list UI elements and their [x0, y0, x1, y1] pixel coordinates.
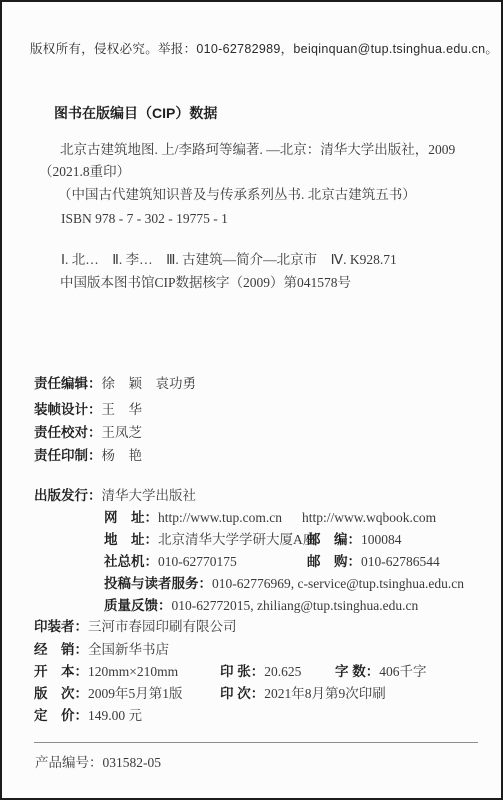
edition-label: 版 次：	[34, 686, 88, 701]
switchboard-value: 010-62770175	[158, 554, 237, 569]
website-url-2: http://www.wqbook.com	[302, 510, 436, 526]
format-row: 开 本：120mm×210mm 印 张：20.625 字 数：406千字	[34, 664, 484, 680]
feedback-label: 质量反馈：	[104, 598, 172, 613]
sheets-group: 印 张：20.625	[220, 664, 301, 680]
zip-value: 100084	[361, 532, 402, 547]
website-url-1: http://www.tup.com.cn	[158, 510, 282, 525]
distributor-label: 经 销：	[34, 642, 88, 657]
distributor-value: 全国新华书店	[88, 642, 169, 657]
sheets-value: 20.625	[264, 664, 301, 679]
format-value: 120mm×210mm	[88, 664, 178, 679]
publisher-address-row: 地 址：北京清华大学学研大厦A座 邮 编：100084	[104, 532, 484, 548]
words-label: 字 数：	[335, 664, 379, 679]
sheets-label: 印 张：	[220, 664, 264, 679]
zip-group: 邮 编：100084	[307, 532, 402, 548]
publisher-switchboard-row: 社总机：010-62770175 邮 购：010-62786544	[104, 554, 484, 570]
impression-label: 印 次：	[220, 686, 264, 701]
feedback-value: 010-62772015, zhiliang@tup.tsinghua.edu.…	[172, 598, 419, 613]
service-value: 010-62776969, c-service@tup.tsinghua.edu…	[212, 576, 464, 591]
staff-proofreader-value: 王凤芝	[102, 425, 143, 440]
service-label: 投稿与读者服务：	[104, 576, 212, 591]
staff-row-designer: 装帧设计：王 华	[34, 402, 142, 418]
footer-divider	[34, 742, 478, 743]
staff-print-supervisor-label: 责任印制：	[34, 448, 102, 463]
publisher-feedback-row: 质量反馈：010-62772015, zhiliang@tup.tsinghua…	[104, 598, 418, 614]
cip-reprint-line: （2021.8重印）	[39, 164, 130, 180]
product-code-value: 031582-05	[103, 755, 162, 770]
publisher-website-row: 网 址：http://www.tup.com.cn http://www.wqb…	[104, 510, 484, 526]
product-code-label: 产品编号：	[35, 755, 103, 770]
product-code-row: 产品编号：031582-05	[35, 755, 161, 771]
mail-order-value: 010-62786544	[361, 554, 440, 569]
cip-registry-number: 中国版本图书馆CIP数据核字（2009）第041578号	[60, 275, 351, 291]
mail-order-group: 邮 购：010-62786544	[307, 554, 440, 570]
staff-row-editor: 责任编辑：徐 颖 袁功勇	[34, 376, 196, 392]
price-row: 定 价：149.00 元	[34, 708, 142, 724]
publisher-row: 出版发行：清华大学出版社	[34, 488, 196, 504]
staff-row-print-supervisor: 责任印制：杨 艳	[34, 448, 142, 464]
cip-series-line: （中国古代建筑知识普及与传承系列丛书. 北京古建筑五书）	[58, 187, 416, 203]
address-label: 地 址：	[104, 532, 158, 547]
zip-label: 邮 编：	[307, 532, 361, 547]
cip-title-line: 北京古建筑地图. 上/李路珂等编著. —北京：清华大学出版社，2009	[60, 142, 455, 158]
publisher-service-row: 投稿与读者服务：010-62776969, c-service@tup.tsin…	[104, 576, 464, 592]
impression-group: 印 次：2021年8月第9次印刷	[220, 686, 386, 702]
printer-value: 三河市春园印刷有限公司	[88, 619, 237, 634]
printer-row: 印装者：三河市春园印刷有限公司	[34, 619, 237, 635]
staff-designer-value: 王 华	[102, 402, 143, 417]
staff-print-supervisor-value: 杨 艳	[102, 448, 143, 463]
impression-value: 2021年8月第9次印刷	[264, 686, 386, 701]
price-value: 149.00 元	[88, 708, 142, 723]
printer-label: 印装者：	[34, 619, 88, 634]
edition-value: 2009年5月第1版	[88, 686, 183, 701]
staff-designer-label: 装帧设计：	[34, 402, 102, 417]
format-label: 开 本：	[34, 664, 88, 679]
cip-heading: 图书在版编目（CIP）数据	[54, 105, 217, 122]
cip-classification: Ⅰ. 北… Ⅱ. 李… Ⅲ. 古建筑—简介—北京市 Ⅳ. K928.71	[61, 252, 397, 268]
staff-proofreader-label: 责任校对：	[34, 425, 102, 440]
website-label: 网 址：	[104, 510, 158, 525]
staff-editor-label: 责任编辑：	[34, 376, 102, 391]
distributor-row: 经 销：全国新华书店	[34, 642, 169, 658]
copyright-notice: 版权所有，侵权必究。举报：010-62782989，beiqinquan@tup…	[30, 42, 498, 57]
book-copyright-page: 版权所有，侵权必究。举报：010-62782989，beiqinquan@tup…	[0, 0, 503, 800]
price-label: 定 价：	[34, 708, 88, 723]
switchboard-label: 社总机：	[104, 554, 158, 569]
staff-editor-value: 徐 颖 袁功勇	[102, 376, 197, 391]
words-group: 字 数：406千字	[335, 664, 427, 680]
words-value: 406千字	[379, 664, 426, 679]
cip-isbn: ISBN 978 - 7 - 302 - 19775 - 1	[61, 211, 228, 227]
publisher-label: 出版发行：	[34, 488, 102, 503]
edition-row: 版 次：2009年5月第1版 印 次：2021年8月第9次印刷	[34, 686, 484, 702]
address-value: 北京清华大学学研大厦A座	[158, 532, 316, 547]
staff-row-proofreader: 责任校对：王凤芝	[34, 425, 142, 441]
publisher-name: 清华大学出版社	[102, 488, 197, 503]
mail-order-label: 邮 购：	[307, 554, 361, 569]
